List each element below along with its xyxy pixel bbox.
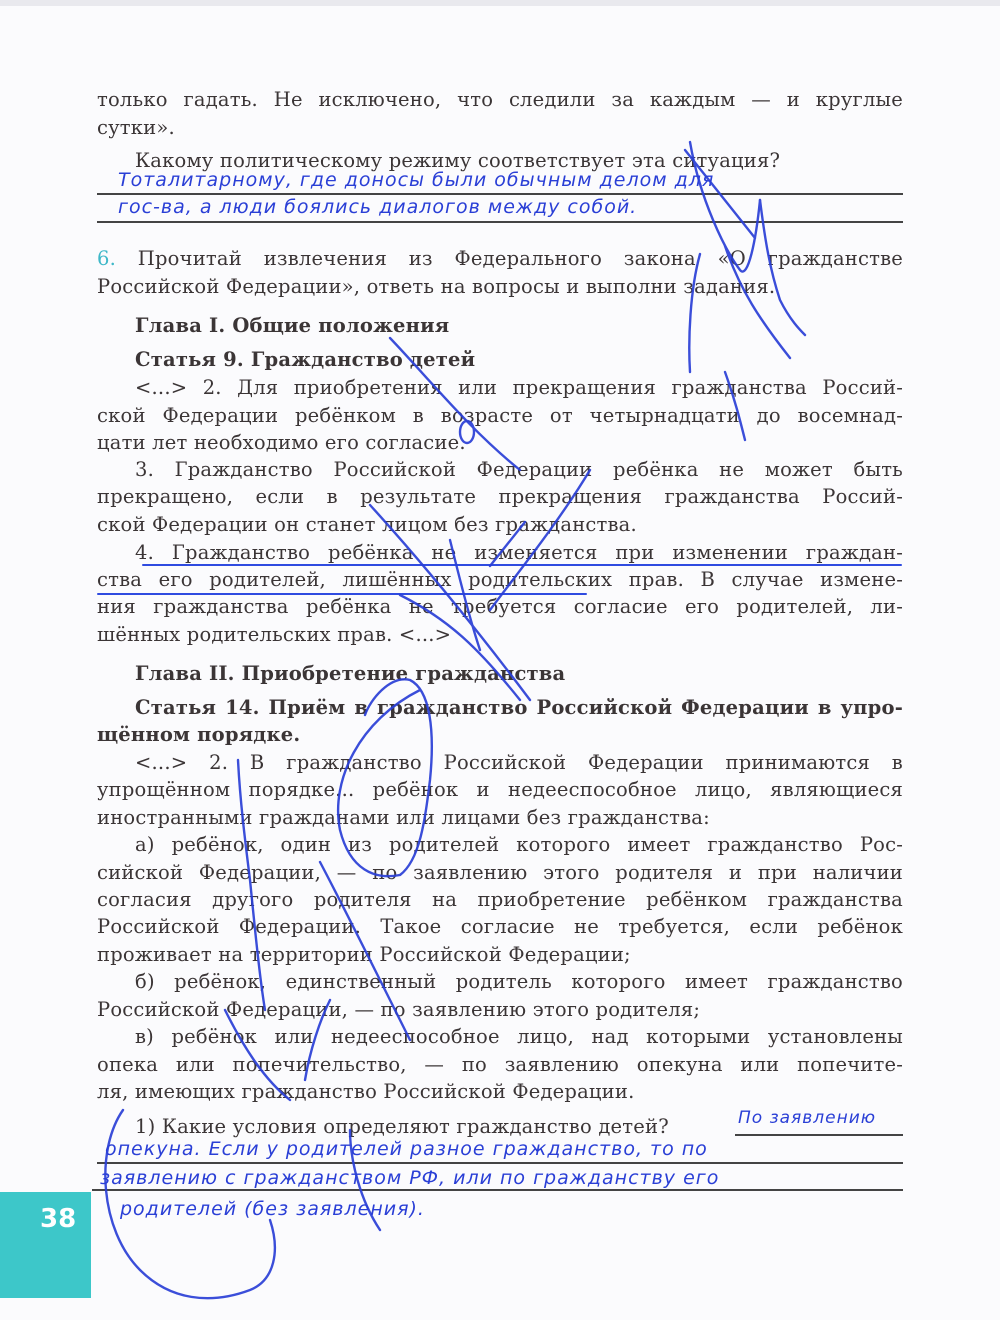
task-number: 6.: [97, 247, 116, 270]
article9-p2-line-1: <...> 2. Для приобретения или прекращени…: [135, 375, 903, 401]
article14-p2-line-1: <...> 2. В гражданство Российской Федера…: [135, 750, 903, 776]
handwritten-answer-q1-1: По заявлению: [738, 1108, 876, 1128]
handwritten-answer-q1-4: родителей (без заявления).: [120, 1198, 425, 1220]
handwritten-answer-regime-2: гос-ва, а люди боялись диалогов между со…: [118, 196, 637, 218]
article14-p2-line-3: иностранными гражданами или лицами без г…: [97, 805, 903, 831]
intro-line-2: сутки».: [97, 115, 903, 141]
handwritten-answer-q1-2: опекуна. Если у родителей разное граждан…: [105, 1138, 708, 1160]
article9-title: Статья 9. Гражданство детей: [135, 347, 903, 373]
article9-p4-line-4: шённых родительских прав. <...>: [97, 622, 903, 648]
question-1: 1) Какие условия определяют гражданство …: [135, 1114, 669, 1140]
article9-p2-line-3: цати лет необходимо его согласие.: [97, 430, 903, 456]
handwritten-answer-regime-1: Тоталитарному, где доносы были обычным д…: [118, 169, 714, 191]
article14-v-line-2: опека или попечительство, — по заявлению…: [97, 1052, 903, 1078]
answer-line: [97, 221, 903, 223]
task6-line-1: 6. Прочитай извлечения из Федерального з…: [97, 246, 903, 272]
intro-line-1: только гадать. Не исключено, что следили…: [97, 87, 903, 113]
page-number-tab: 38: [0, 1192, 91, 1298]
article14-a-line-2: сийской Федерации, — по заявлению этого …: [97, 860, 903, 886]
pen-underline: [142, 564, 902, 566]
article9-p3-line-1: 3. Гражданство Российской Федерации ребё…: [135, 457, 903, 483]
chapter2-title: Глава II. Приобретение гражданства: [135, 661, 903, 687]
pen-underline: [97, 593, 587, 595]
article14-v-line-3: ля, имеющих гражданство Российской Федер…: [97, 1079, 903, 1105]
handwritten-answer-q1-3: заявлению с гражданством РФ, или по граж…: [100, 1167, 719, 1189]
article14-title-line-2: щённом порядке.: [97, 722, 903, 748]
page-number: 38: [40, 1204, 76, 1234]
answer-line: [92, 1189, 903, 1191]
article14-title-line-1: Статья 14. Приём в гражданство Российско…: [135, 695, 903, 721]
task6-text-1: Прочитай извлечения из Федерального зако…: [138, 247, 903, 270]
answer-line: [735, 1134, 903, 1136]
answer-line: [97, 1162, 903, 1164]
article9-p4-line-1: 4. Гражданство ребёнка не изменяется при…: [135, 540, 903, 566]
article14-a-line-5: проживает на территории Российской Федер…: [97, 942, 903, 968]
article14-a-line-1: а) ребёнок, один из родителей которого и…: [135, 832, 903, 858]
article14-a-line-3: согласия другого родителя на приобретени…: [97, 887, 903, 913]
article14-b-line-1: б) ребёнок, единственный родитель которо…: [135, 969, 903, 995]
article14-a-line-4: Российской Федерации. Такое согласие не …: [97, 914, 903, 940]
answer-line: [97, 193, 903, 195]
article9-p4-line-2: ства его родителей, лишённых родительски…: [97, 567, 903, 593]
article9-p2-line-2: ской Федерации ребёнком в возрасте от че…: [97, 403, 903, 429]
article14-v-line-1: в) ребёнок или недееспособное лицо, над …: [135, 1024, 903, 1050]
task6-line-2: Российской Федерации», ответь на вопросы…: [97, 274, 903, 300]
article14-p2-line-2: упрощённом порядке... ребёнок и недееспо…: [97, 777, 903, 803]
article9-p4-line-3: ния гражданства ребёнка не требуется сог…: [97, 594, 903, 620]
article9-p3-line-3: ской Федерации он станет лицом без гражд…: [97, 512, 903, 538]
scan-top-edge: [0, 0, 1000, 6]
article14-b-line-2: Российской Федерации, — по заявлению это…: [97, 997, 903, 1023]
chapter1-title: Глава I. Общие положения: [135, 313, 903, 339]
article9-p3-line-2: прекращено, если в результате прекращени…: [97, 484, 903, 510]
